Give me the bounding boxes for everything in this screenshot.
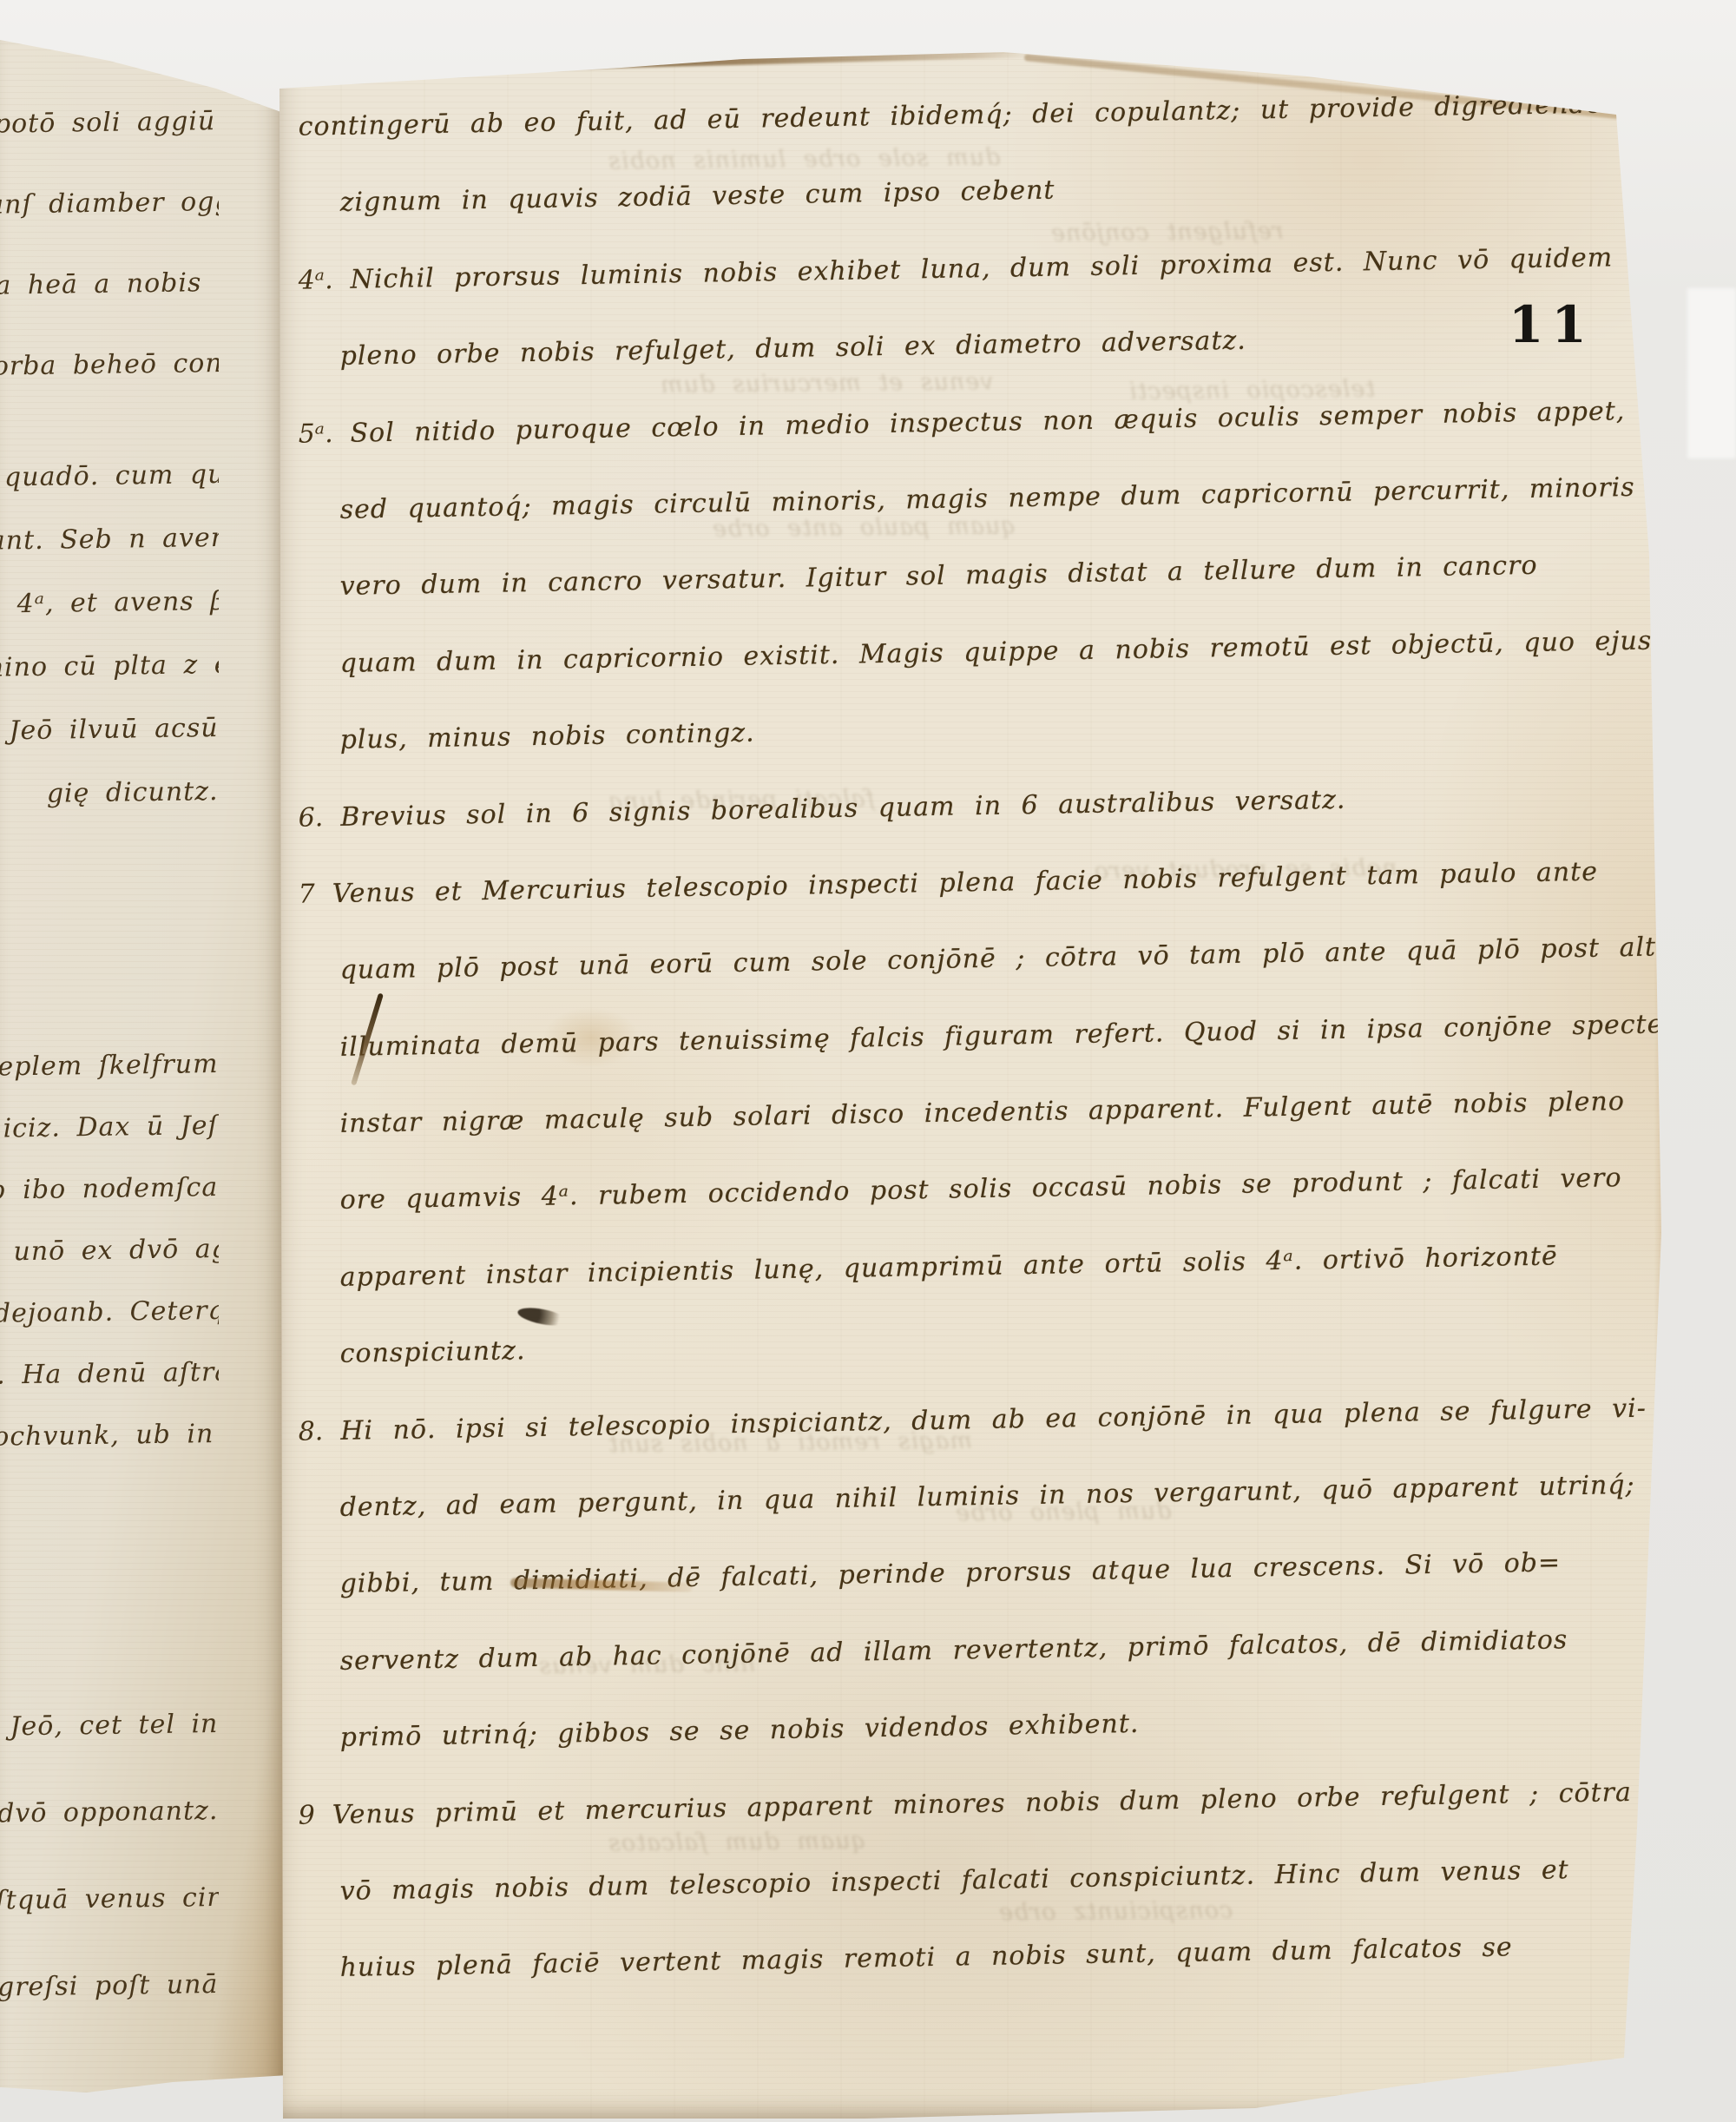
left-page-text-fragment: ul Jeō, cet tel in: [0, 1676, 219, 1766]
backing-paper-tab: [1687, 288, 1736, 458]
left-page-text-fragment: ς orba beheō contineat.: [0, 316, 219, 397]
paragraph-number: 8.: [298, 1416, 323, 1447]
left-page-text-fragment: in quadō. cum quar: [0, 438, 219, 505]
left-page-text-fragment: Hβ 4ᵃ, et avens βγ: [0, 565, 219, 632]
left-page-text-fragment: ibi unō ex dvō aggta: [0, 1214, 219, 1279]
left-page-text-fragment: iciz. Dax ū Jeſ: [0, 1091, 219, 1156]
manuscript-page: dum sole orbe luminis nobisrefulgent con…: [257, 35, 1680, 2119]
left-page-fragments-top: ā potō soli aggiū cuσiplanſ diamber oggt…: [0, 74, 219, 397]
left-page-fragments-lower: eplem ſkelfrumiciz. Dax ū Jeſtab ibo nod…: [0, 1029, 219, 1460]
manuscript-photo: { "photo": { "page_number": "11" }, "col…: [0, 0, 1736, 2122]
browned-right-edge: [1654, 96, 1680, 2101]
page-number: 11: [1509, 295, 1595, 354]
left-page-text-fragment: poſtquā venus cirvules: [0, 1849, 219, 1940]
left-page-text-fragment: planſ diamber oggti (: [0, 155, 219, 239]
left-page-text-fragment: dvō opponantz.: [0, 1763, 219, 1853]
paragraph-number: 5ᵃ.: [298, 418, 332, 450]
left-page-edge: ā potō soli aggiū cuσiplanſ diamber oggt…: [0, 31, 288, 2122]
left-page-text-fragment: tab ibo nodemſcant: [0, 1152, 219, 1217]
paragraph-number: 6.: [298, 802, 323, 833]
paragraph-number: 9: [298, 1800, 315, 1830]
manuscript-text: contingerū ab eo fuit, ad eū redeunt ibi…: [286, 66, 1641, 1985]
paragraph-number: 7: [298, 880, 315, 910]
manuscript-line-text: huius plenā faciē vertent magis remoti a…: [339, 1933, 1513, 1984]
left-page-text-fragment: i nino cū plta z et: [0, 629, 219, 695]
paragraph-number: 4ᵃ.: [298, 265, 332, 296]
left-page-text-fragment: eba heā a nobis conspi:: [0, 235, 219, 320]
left-page-text-fragment: ā potō soli aggiū cuσi: [0, 74, 219, 158]
left-page-fragments-bottom: ul Jeō, cet tel indvō opponantz.poſtquā …: [0, 1676, 219, 2023]
left-page-text-fragment: veochvunk, ub in horis: [0, 1399, 219, 1460]
left-page-fragments-upper: in quadō. cum quarſpant. Seb n avens HeH…: [0, 438, 219, 819]
manuscript-line-text: conspiciuntz.: [339, 1336, 525, 1370]
left-page-text-fragment: e dejoanb. Ceterque: [0, 1275, 219, 1341]
left-page-text-fragment: digreſsi poſt unā: [0, 1936, 219, 2023]
left-page-text-fragment: ſpant. Seb n avens He: [0, 502, 219, 569]
left-page-text-fragment: eplem ſkelfrum: [0, 1029, 219, 1094]
left-page-text-fragment: gię dicuntz.: [0, 755, 219, 819]
left-page-text-fragment: l Jeō ilvuū acsū: [0, 692, 219, 759]
left-page-text-fragment: ub. Ha denū aſtra: [0, 1337, 219, 1402]
